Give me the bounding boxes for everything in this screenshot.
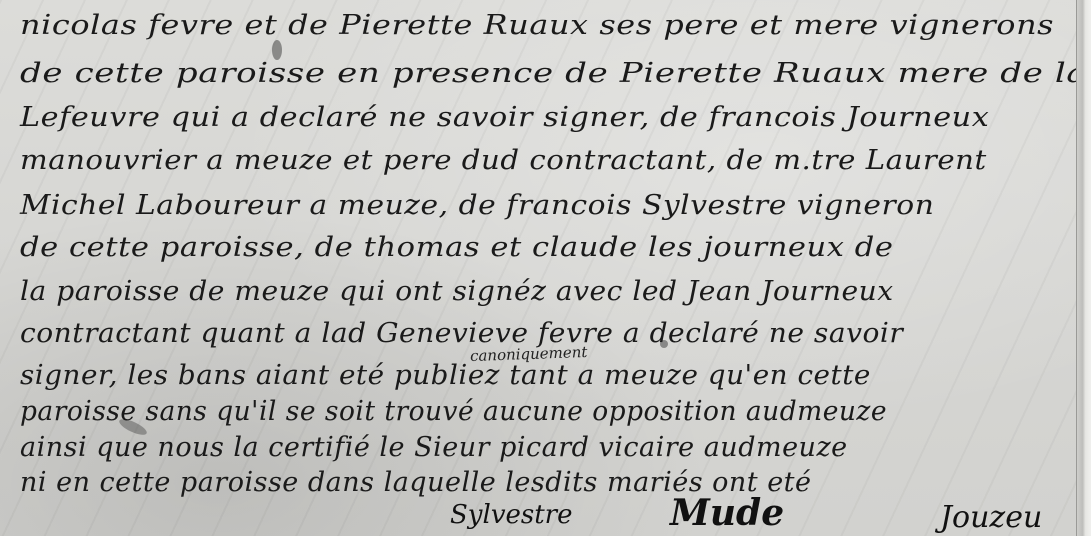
text-line-8: contractant quant a lad Genevieve fevre … — [20, 318, 903, 349]
signature-row: Sylvestre Mude Jouzeu — [20, 500, 1080, 536]
text-line-4: manouvrier a meuze et pere dud contracta… — [20, 145, 987, 176]
text-line-3: Lefeuvre qui a declaré ne savoir signer,… — [20, 102, 989, 133]
signature-jouzeu: Jouzeu — [940, 500, 1042, 535]
page-edge — [1076, 0, 1091, 536]
signature-sylvestre: Sylvestre — [450, 500, 573, 530]
text-line-1: nicolas fevre et de Pierette Ruaux ses p… — [20, 10, 1054, 41]
signature-mude: Mude — [670, 492, 784, 534]
text-line-6: de cette paroisse, de thomas et claude l… — [20, 232, 894, 263]
text-line-5: Michel Laboureur a meuze, de francois Sy… — [20, 190, 934, 221]
text-line-9: signer, les bans aiant eté publiez tant … — [20, 360, 871, 391]
text-line-7: la paroisse de meuze qui ont signéz avec… — [20, 276, 894, 307]
text-line-10: paroisse sans qu'il se soit trouvé aucun… — [20, 396, 887, 427]
register-page: nicolas fevre et de Pierette Ruaux ses p… — [0, 0, 1091, 536]
text-line-2: de cette paroisse en presence de Pierett… — [20, 58, 1091, 89]
ink-blot — [272, 40, 282, 60]
text-line-11: ainsi que nous la certifié le Sieur pica… — [20, 432, 848, 463]
